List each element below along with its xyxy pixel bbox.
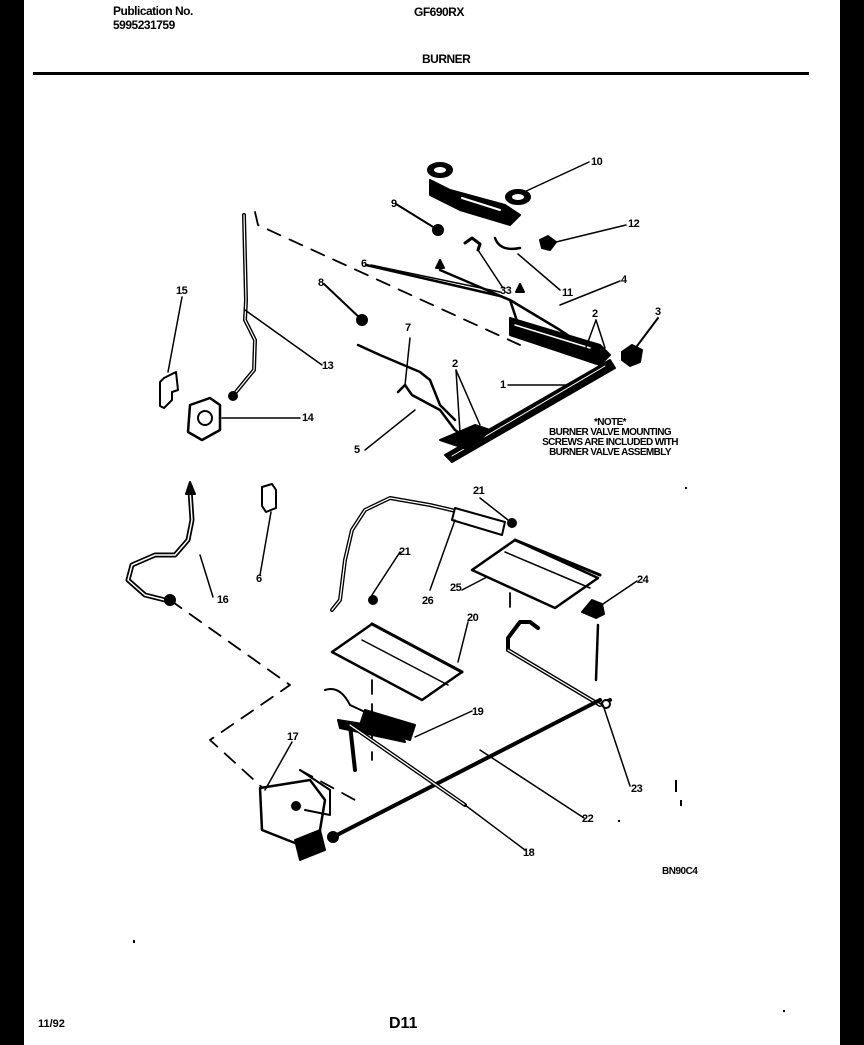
footer-page-number: D11: [389, 1015, 417, 1033]
callout-21-upper: 21: [473, 486, 484, 497]
callout-1: 1: [500, 380, 506, 391]
callout-9: 9: [391, 199, 397, 210]
callout-23: 23: [631, 784, 642, 795]
callout-5: 5: [354, 445, 360, 456]
callout-17: 17: [287, 732, 298, 743]
callout-3: 3: [655, 307, 661, 318]
callout-20: 20: [467, 613, 478, 624]
note-line-3: BURNER VALVE ASSEMBLY: [520, 448, 700, 458]
callout-19: 19: [472, 707, 483, 718]
callout-7: 7: [405, 323, 411, 334]
callout-12: 12: [628, 219, 639, 230]
callout-10: 10: [591, 157, 602, 168]
callout-18: 18: [523, 848, 534, 859]
top-burner-head-assembly: [428, 163, 530, 225]
callout-21-lower: 21: [399, 547, 410, 558]
callout-2-lower: 2: [452, 359, 458, 370]
footer-date: 11/92: [38, 1018, 65, 1030]
callout-8: 8: [318, 278, 324, 289]
callout-14: 14: [302, 413, 313, 424]
callout-25: 25: [450, 583, 461, 594]
callout-13: 13: [322, 361, 333, 372]
callout-11: 11: [562, 288, 573, 299]
callout-4: 4: [621, 275, 627, 286]
callout-33: 33: [500, 286, 511, 297]
diagram-code: BN90C4: [662, 866, 697, 877]
callout-16: 16: [217, 595, 228, 606]
callout-6: 6: [361, 259, 367, 270]
callout-15: 15: [176, 286, 187, 297]
callout-22: 22: [582, 814, 593, 825]
note-block: *NOTE* BURNER VALVE MOUNTING SCREWS ARE …: [520, 418, 700, 458]
callout-6-lower: 6: [256, 574, 262, 585]
burner-exploded-diagram: [0, 0, 864, 1045]
callout-26: 26: [422, 596, 433, 607]
callout-2-upper: 2: [592, 309, 598, 320]
callout-24: 24: [637, 575, 648, 586]
